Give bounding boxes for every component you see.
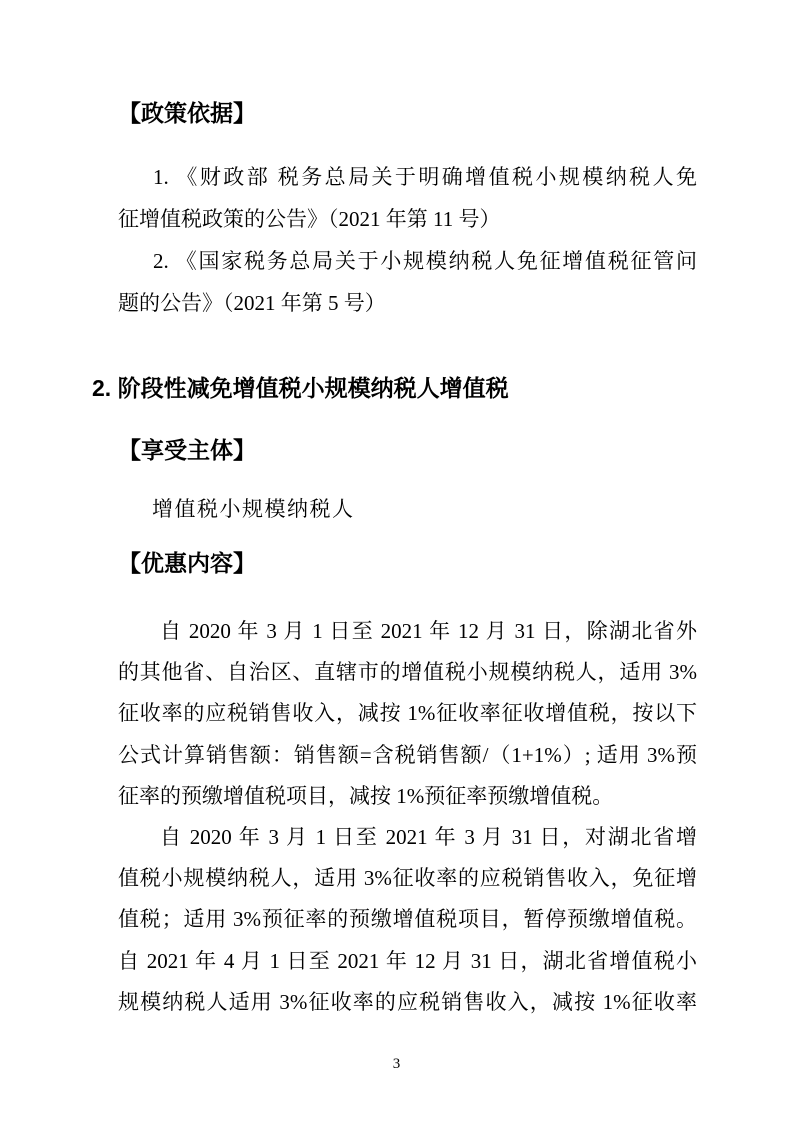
benefit-para-2-line-5: 规模纳税人适用 3%征收率的应税销售收入，减按 1%征收率	[118, 982, 697, 1023]
benefit-content: 自 2020 年 3 月 1 日至 2021 年 12 月 31 日，除湖北省外…	[118, 611, 697, 1023]
benefit-para-1-line-5: 征率的预缴增值税项目，减按 1%预征率预缴增值税。	[118, 776, 697, 817]
benefit-para-2-line-4: 自 2021 年 4 月 1 日至 2021 年 12 月 31 日，湖北省增值…	[118, 941, 697, 982]
benefit-para-1-line-3: 征收率的应税销售收入，减按 1%征收率征收增值税，按以下	[118, 693, 697, 734]
policy-item-2-line-2: 题的公告》（2021 年第 5 号）	[118, 282, 697, 324]
document-page: 【政策依据】 1. 《财政部 税务总局关于明确增值税小规模纳税人免 征增值税政策…	[0, 0, 793, 1122]
policy-item-2-line-1: 2. 《国家税务总局关于小规模纳税人免征增值税征管问	[118, 240, 697, 282]
beneficiary-heading: 【享受主体】	[118, 435, 256, 465]
benefit-para-2-line-2: 值税小规模纳税人，适用 3%征收率的应税销售收入，免征增	[118, 858, 697, 899]
benefit-para-2-line-1: 自 2020 年 3 月 1 日至 2021 年 3 月 31 日，对湖北省增	[118, 817, 697, 858]
benefit-para-1-line-1: 自 2020 年 3 月 1 日至 2021 年 12 月 31 日，除湖北省外	[118, 611, 697, 652]
benefit-heading: 【优惠内容】	[118, 548, 256, 578]
policy-basis-list: 1. 《财政部 税务总局关于明确增值税小规模纳税人免 征增值税政策的公告》（20…	[118, 156, 697, 324]
policy-basis-heading: 【政策依据】	[118, 98, 256, 128]
page-number: 3	[0, 1054, 793, 1074]
benefit-para-2-line-3: 值税；适用 3%预征率的预缴增值税项目，暂停预缴增值税。	[118, 899, 697, 940]
benefit-para-1-line-2: 的其他省、自治区、直辖市的增值税小规模纳税人，适用 3%	[118, 652, 697, 693]
benefit-para-1-line-4: 公式计算销售额：销售额=含税销售额/（1+1%）; 适用 3%预	[118, 735, 697, 776]
policy-item-1-line-1: 1. 《财政部 税务总局关于明确增值税小规模纳税人免	[118, 156, 697, 198]
policy-item-1-line-2: 征增值税政策的公告》（2021 年第 11 号）	[118, 198, 697, 240]
beneficiary-text: 增值税小规模纳税人	[118, 494, 355, 524]
section-2-heading: 2. 阶段性减免增值税小规模纳税人增值税	[92, 373, 509, 403]
